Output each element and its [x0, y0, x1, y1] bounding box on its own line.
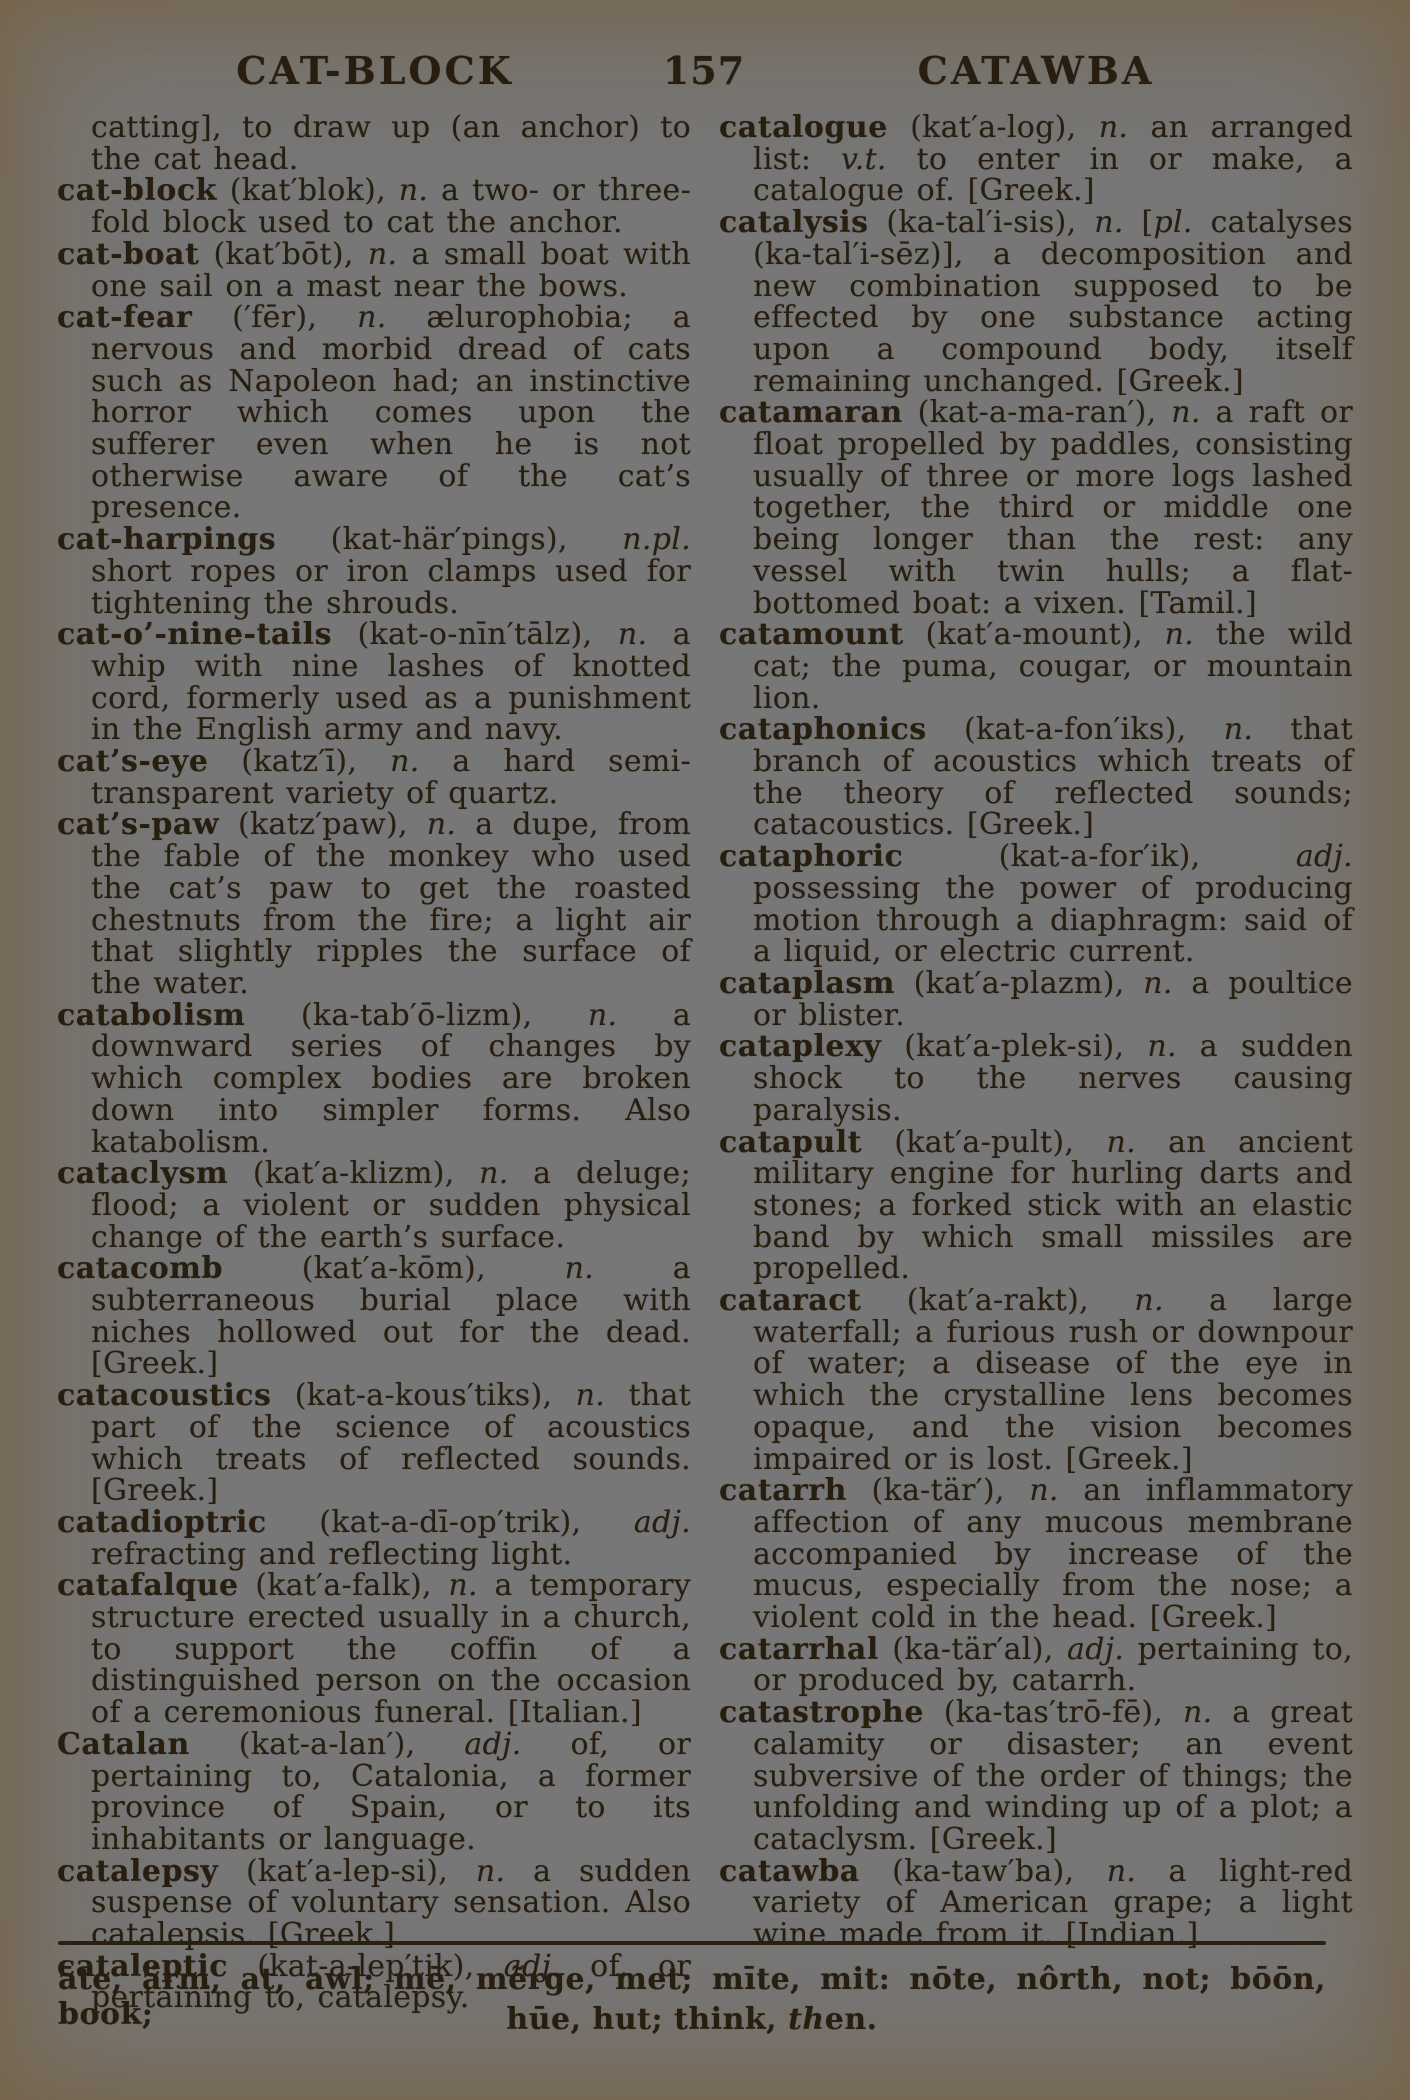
header-left-guide-word: CAT-BLOCK [236, 48, 514, 93]
entry-catarrh: catarrh (ka-tär′), n. an inflammatory af… [719, 1475, 1353, 1634]
entry-cats-eye: cat’s-eye (katz′ī), n. a hard semi-trans… [57, 746, 691, 809]
entry-italic-abbrev: n. [1134, 1283, 1163, 1318]
entry-catadioptric: catadioptric (kat-a-dī-op′trik), adj. re… [57, 1507, 691, 1570]
entry-italic-abbrev: n. [427, 807, 456, 842]
entry-headword: catafalque [57, 1568, 239, 1603]
entry-catting-continuation: catting], to draw up (an anchor) to the … [57, 112, 691, 175]
dictionary-page: CAT-BLOCK 157 CATAWBA catting], to draw … [0, 0, 1410, 2100]
entry-headword: cataclysm [57, 1156, 228, 1191]
entry-italic-abbrev: n. [1094, 205, 1123, 240]
entry-text: en. [825, 2002, 878, 2037]
entry-italic-abbrev: n. [1147, 1029, 1176, 1064]
entry-headword: catapult [719, 1125, 862, 1160]
entry-text: [ [1124, 205, 1154, 240]
page-number: 157 [663, 48, 745, 93]
entry-italic-abbrev: th [788, 2002, 825, 2037]
entry-catalepsy: catalepsy (kat′a-lep-si), n. a sudden su… [57, 1856, 691, 1951]
entry-headword: catamaran [719, 395, 903, 430]
entry-text: (kat′a-log), [888, 110, 1099, 145]
entry-text: a raft or float propelled by paddles, co… [753, 395, 1353, 620]
entry-italic-abbrev: adj. [464, 1727, 521, 1762]
entry-headword: catarrhal [719, 1632, 879, 1667]
entry-text: (kat′a-lep-si), [218, 1854, 476, 1889]
entry-italic-abbrev: n. [1143, 966, 1172, 1001]
entry-catarrhal: catarrhal (ka-tär′al), adj. pertaining t… [719, 1634, 1353, 1697]
entry-headword: catalepsy [57, 1854, 218, 1889]
entry-italic-abbrev: n. [368, 237, 397, 272]
entry-catamount: catamount (kat′a-mount), n. the wild cat… [719, 619, 1353, 714]
entry-text: (ka-tab′ō-lizm), [245, 998, 587, 1033]
entry-italic-abbrev: n. [1171, 395, 1200, 430]
entry-text: (ka-tas′trō-fē), [924, 1695, 1183, 1730]
entry-catalan: Catalan (kat-a-lan′), adj. of, or pertai… [57, 1729, 691, 1856]
entry-headword: catarrh [719, 1473, 847, 1508]
entry-text: (kat′a-rakt), [861, 1283, 1134, 1318]
entry-headword: cataplexy [719, 1029, 881, 1064]
entry-italic-abbrev: adj. [1296, 839, 1353, 874]
entry-text: (katz′paw), [219, 807, 427, 842]
entry-cat-fear: cat-fear (′fēr), n. ælurophobia; a nervo… [57, 302, 691, 524]
entry-headword: catastrophe [719, 1695, 924, 1730]
entry-italic-abbrev: adj. [634, 1505, 691, 1540]
entry-catacoustics: catacoustics (kat-a-kous′tiks), n. that … [57, 1380, 691, 1507]
entry-text: (ka-tal′i-sis), [869, 205, 1095, 240]
footer-divider-rule [58, 1941, 1326, 1945]
entry-headword: cat-harpings [57, 522, 276, 557]
entry-catamaran: catamaran (kat-a-ma-ran′), n. a raft or … [719, 397, 1353, 619]
entry-cataract: cataract (kat′a-rakt), n. a large waterf… [719, 1285, 1353, 1475]
entry-cataphoric: cataphoric (kat-a-for′ik), adj. possessi… [719, 841, 1353, 968]
entry-headword: catacoustics [57, 1378, 271, 1413]
entry-italic-abbrev: n. [1099, 110, 1128, 145]
entry-text: (kat′a-falk), [239, 1568, 449, 1603]
entry-headword: cataphonics [719, 712, 927, 747]
entry-italic-abbrev: n. [1106, 1125, 1135, 1160]
entry-catapult: catapult (kat′a-pult), n. an ancient mil… [719, 1127, 1353, 1286]
entry-catastrophe: catastrophe (ka-tas′trō-fē), n. a great … [719, 1697, 1353, 1856]
entry-text: (kat-här′pings), [276, 522, 622, 557]
entry-italic-abbrev: pl. [1154, 205, 1193, 240]
entry-italic-abbrev: n. [476, 1854, 505, 1889]
entry-italic-abbrev: n. [1224, 712, 1253, 747]
entry-italic-abbrev: n. [1029, 1473, 1058, 1508]
entry-text: (kat′a-kōm), [223, 1251, 565, 1286]
entry-italic-abbrev: n. [390, 744, 419, 779]
entry-italic-abbrev: v.t. [841, 142, 887, 177]
entry-text: (ka-tär′al), [879, 1632, 1067, 1667]
entry-italic-abbrev: n. [576, 1378, 605, 1413]
entry-cataclysm: cataclysm (kat′a-klizm), n. a deluge; fl… [57, 1158, 691, 1253]
entry-catabolism: catabolism (ka-tab′ō-lizm), n. a downwar… [57, 1000, 691, 1159]
entry-headword: cat-fear [57, 300, 192, 335]
entry-headword: Catalan [57, 1727, 190, 1762]
entry-headword: cat-o’-nine-tails [57, 617, 332, 652]
entry-text: (kat-a-for′ik), [903, 839, 1296, 874]
entry-text: (kat-a-fon′iks), [927, 712, 1224, 747]
entry-text: (kat-a-kous′tiks), [271, 1378, 575, 1413]
entry-text: hūe, hut; think, [506, 2002, 788, 2037]
entry-headword: cat-block [57, 173, 217, 208]
column-left: catting], to draw up (an anchor) to the … [57, 112, 691, 2014]
entry-text: (kat-a-lan′), [190, 1727, 465, 1762]
entry-headword: cat’s-paw [57, 807, 219, 842]
entry-text: (kat′a-mount), [904, 617, 1165, 652]
entry-headword: catawba [719, 1854, 860, 1889]
header-right-guide-word: CATAWBA [918, 48, 1155, 93]
entry-italic-abbrev: n. [357, 300, 386, 335]
entry-text: (kat′blok), [217, 173, 399, 208]
entry-catalogue: catalogue (kat′a-log), n. an arranged li… [719, 112, 1353, 207]
entry-text: (ka-taw′ba), [860, 1854, 1107, 1889]
entry-text: short ropes or iron clamps used for tigh… [91, 554, 691, 621]
entry-headword: catabolism [57, 998, 245, 1033]
entry-cataplasm: cataplasm (kat′a-plazm), n. a poultice o… [719, 968, 1353, 1031]
entry-italic-abbrev: n. [399, 173, 428, 208]
entry-text: (kat-a-ma-ran′), [903, 395, 1172, 430]
entry-headword: catalogue [719, 110, 888, 145]
entry-text: (katz′ī), [208, 744, 390, 779]
entry-cats-paw: cat’s-paw (katz′paw), n. a dupe, from th… [57, 809, 691, 999]
entry-headword: cataphoric [719, 839, 903, 874]
pronunciation-key-line-2: hūe, hut; think, then. [58, 2002, 1326, 2037]
entry-cat-harpings: cat-harpings (kat-här′pings), n.pl. shor… [57, 524, 691, 619]
entry-headword: cataract [719, 1283, 861, 1318]
entry-headword: cat’s-eye [57, 744, 208, 779]
entry-italic-abbrev: n. [1183, 1695, 1212, 1730]
entry-italic-abbrev: n. [448, 1568, 477, 1603]
entry-cataplexy: cataplexy (kat′a-plek-si), n. a sudden s… [719, 1031, 1353, 1126]
entry-catalysis: catalysis (ka-tal′i-sis), n. [pl. cataly… [719, 207, 1353, 397]
entry-headword: catalysis [719, 205, 869, 240]
entry-headword: catacomb [57, 1251, 223, 1286]
entry-italic-abbrev: n. [1107, 1854, 1136, 1889]
entry-headword: cataplasm [719, 966, 895, 1001]
entry-text: refracting and reflecting light. [91, 1537, 572, 1572]
entry-text: possessing the power of producing motion… [753, 871, 1353, 969]
entry-catacomb: catacomb (kat′a-kōm), n. a subterraneous… [57, 1253, 691, 1380]
entry-italic-abbrev: n. [1165, 617, 1194, 652]
entry-text: (ka-tär′), [847, 1473, 1029, 1508]
entry-text: (kat′a-plazm), [895, 966, 1143, 1001]
entry-text: (kat-a-dī-op′trik), [267, 1505, 634, 1540]
entry-headword: catadioptric [57, 1505, 267, 1540]
entry-italic-abbrev: n. [588, 998, 617, 1033]
entry-cat-block: cat-block (kat′blok), n. a two- or three… [57, 175, 691, 238]
entry-italic-abbrev: adj. [1067, 1632, 1124, 1667]
entry-italic-abbrev: n.pl. [622, 522, 691, 557]
entry-text: (kat′a-klizm), [228, 1156, 479, 1191]
entry-text: (kat′a-pult), [862, 1125, 1106, 1160]
entry-catafalque: catafalque (kat′a-falk), n. a temporary … [57, 1570, 691, 1729]
entry-italic-abbrev: n. [618, 617, 647, 652]
entry-text: ælurophobia; a nervous and morbid dread … [91, 300, 691, 525]
entry-cat-boat: cat-boat (kat′bōt), n. a small boat with… [57, 239, 691, 302]
entry-italic-abbrev: n. [479, 1156, 508, 1191]
entry-headword: cat-boat [57, 237, 199, 272]
column-right: catalogue (kat′a-log), n. an arranged li… [719, 112, 1353, 1951]
entry-italic-abbrev: n. [565, 1251, 594, 1286]
entry-text: (kat-o-nīn′tālz), [332, 617, 618, 652]
entry-text: catting], to draw up (an anchor) to the … [91, 110, 691, 177]
entry-text: (kat′a-plek-si), [881, 1029, 1147, 1064]
entry-headword: catamount [719, 617, 904, 652]
entry-cataphonics: cataphonics (kat-a-fon′iks), n. that bra… [719, 714, 1353, 841]
entry-cat-o-nine-tails: cat-o’-nine-tails (kat-o-nīn′tālz), n. a… [57, 619, 691, 746]
entry-text: (kat′bōt), [199, 237, 368, 272]
entry-catawba: catawba (ka-taw′ba), n. a light-red vari… [719, 1856, 1353, 1951]
entry-text: (′fēr), [192, 300, 357, 335]
